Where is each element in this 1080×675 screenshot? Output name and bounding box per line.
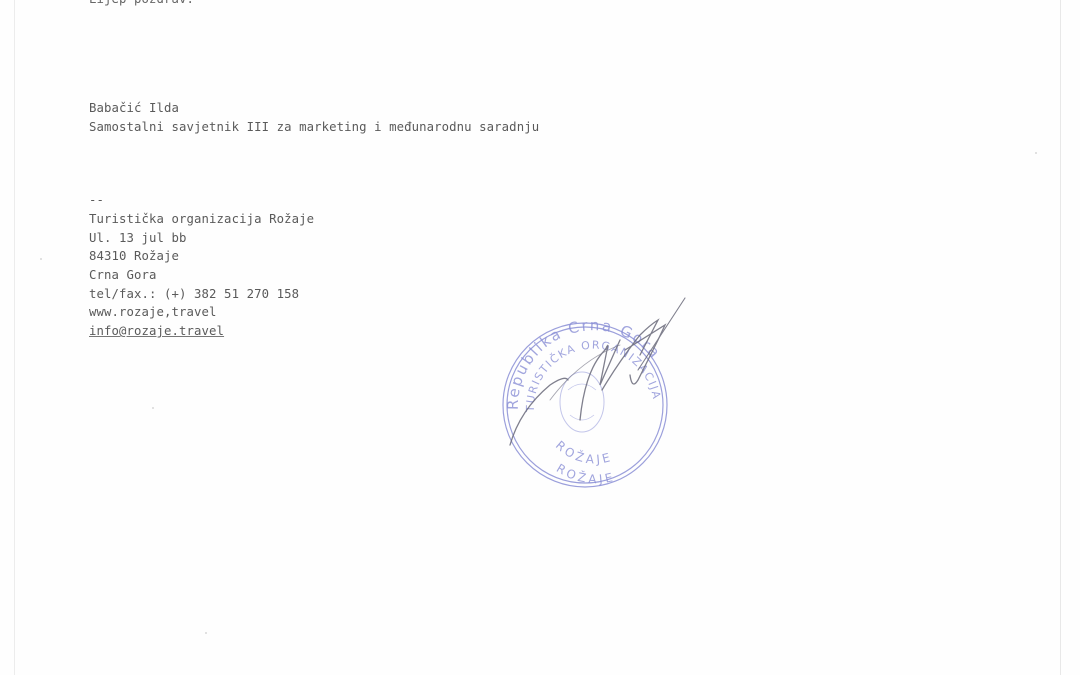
scan-edge-left [14, 0, 15, 675]
signer-title: Samostalni savjetnik III za marketing i … [89, 120, 539, 134]
scan-edge-right [1060, 0, 1061, 675]
organization-street: Ul. 13 jul bb [89, 231, 187, 245]
scan-speck [152, 407, 154, 409]
signature-separator: -- [89, 193, 104, 207]
scanned-document-page: Lijep pozdrav. Babačić Ilda Samostalni s… [0, 0, 1080, 675]
closing-text: Lijep pozdrav. [89, 0, 194, 6]
scan-speck [1035, 152, 1037, 154]
scan-speck [40, 258, 42, 260]
organization-website: www.rozaje,travel [89, 305, 217, 319]
organization-email-link[interactable]: info@rozaje.travel [89, 324, 224, 338]
organization-country: Crna Gora [89, 268, 157, 282]
organization-name: Turistička organizacija Rožaje [89, 212, 314, 226]
scan-speck [205, 632, 207, 634]
organization-phone: tel/fax.: (+) 382 51 270 158 [89, 287, 299, 301]
stamp-graphic: Republika Crna Gora TURISTIČKA ORGANIZAC… [490, 290, 710, 500]
official-stamp: Republika Crna Gora TURISTIČKA ORGANIZAC… [490, 290, 710, 500]
signer-name: Babačić Ilda [89, 101, 179, 115]
organization-city: 84310 Rožaje [89, 249, 179, 263]
